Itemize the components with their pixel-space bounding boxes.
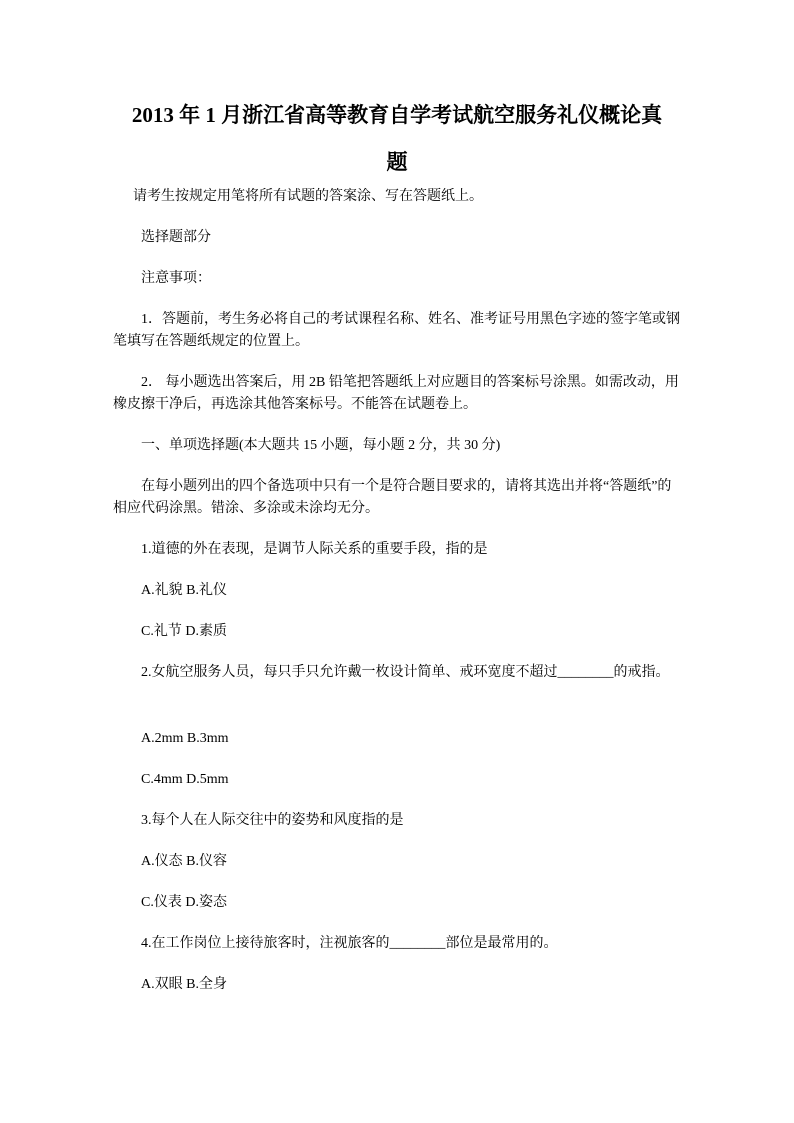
question-2-text: 2.女航空服务人员，每只手只允许戴一枚设计简单、戒环宽度不超过________的… (113, 662, 681, 684)
question-2-options-cd: C.4mm D.5mm (113, 769, 681, 791)
exam-notice: 请考生按规定用笔将所有试题的答案涂、写在答题纸上。 (113, 186, 681, 208)
instruction-1: 1．答题前，考生务必将自己的考试课程名称、姓名、准考证号用黑色字迹的签字笔或钢笔… (113, 309, 681, 353)
section1-heading: 一、单项选择题(本大题共 15 小题，每小题 2 分，共 30 分) (113, 435, 681, 457)
question-3-text: 3.每个人在人际交往中的姿势和风度指的是 (113, 810, 681, 832)
question-1-options-ab: A.礼貌 B.礼仪 (113, 580, 681, 602)
title-line-2: 题 (113, 139, 681, 186)
question-2-options-ab: A.2mm B.3mm (113, 728, 681, 750)
question-1-options-cd: C.礼节 D.素质 (113, 621, 681, 643)
question-4-text: 4.在工作岗位上接待旅客时，注视旅客的________部位是最常用的。 (113, 933, 681, 955)
document-content: 2013 年 1 月浙江省高等教育自学考试航空服务礼仪概论真 题 请考生按规定用… (113, 92, 681, 1015)
blank-line (113, 703, 681, 728)
question-3-options-ab: A.仪态 B.仪容 (113, 851, 681, 873)
document-title: 2013 年 1 月浙江省高等教育自学考试航空服务礼仪概论真 题 (113, 92, 681, 186)
section1-intro: 在每小题列出的四个备选项中只有一个是符合题目要求的，请将其选出并将“答题纸”的相… (113, 476, 681, 520)
question-3-options-cd: C.仪表 D.姿态 (113, 892, 681, 914)
section-part-label: 选择题部分 (113, 227, 681, 249)
question-4-options-ab: A.双眼 B.全身 (113, 974, 681, 996)
attention-label: 注意事项： (113, 268, 681, 290)
question-1-text: 1.道德的外在表现，是调节人际关系的重要手段，指的是 (113, 539, 681, 561)
title-line-1: 2013 年 1 月浙江省高等教育自学考试航空服务礼仪概论真 (113, 92, 681, 139)
instruction-2: 2． 每小题选出答案后，用 2B 铅笔把答题纸上对应题目的答案标号涂黑。如需改动… (113, 372, 681, 416)
document-page: 2013 年 1 月浙江省高等教育自学考试航空服务礼仪概论真 题 请考生按规定用… (0, 0, 794, 1123)
